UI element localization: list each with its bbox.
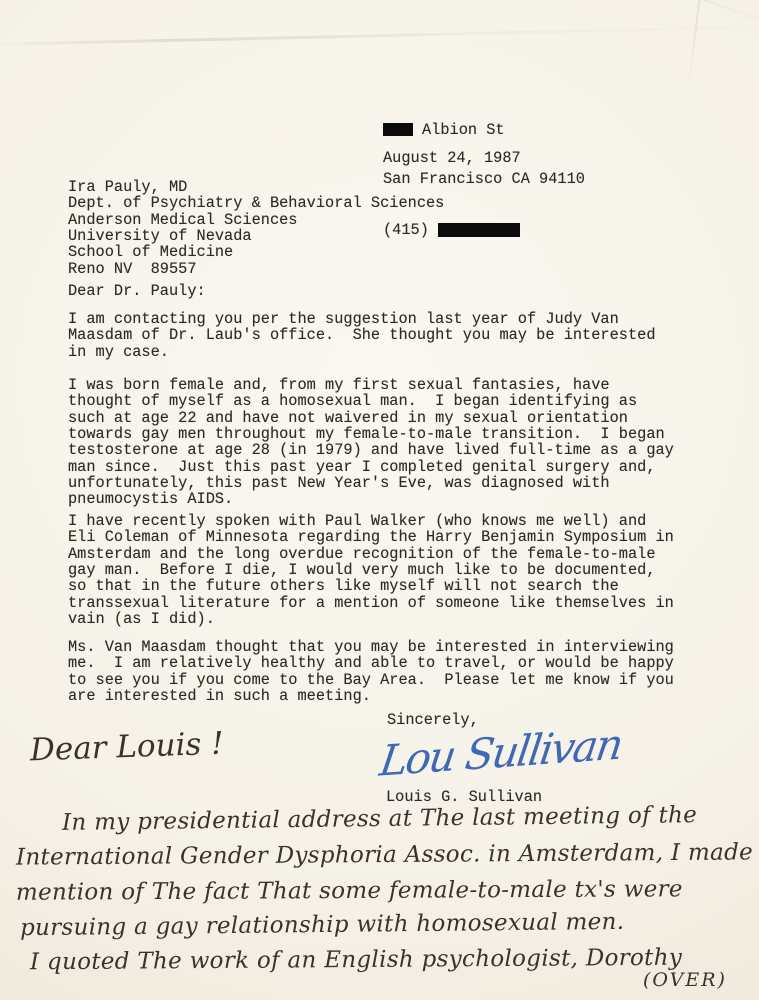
handwritten-note-line: International Gender Dysphoria Assoc. in…: [16, 839, 753, 870]
paper-crease: [623, 0, 759, 36]
typed-signature-name: Louis G. Sullivan: [386, 789, 542, 805]
paper-crease: [0, 25, 759, 47]
handwritten-greeting: Dear Louis !: [29, 726, 224, 769]
handwritten-over-note: (OVER): [643, 969, 727, 991]
redaction-box-phone-number: [438, 223, 520, 237]
valediction: Sincerely,: [387, 712, 479, 728]
handwritten-note-line: pursuing a gay relationship with homosex…: [20, 909, 625, 941]
salutation: Dear Dr. Pauly:: [68, 283, 206, 299]
body-paragraph-3: I have recently spoken with Paul Walker …: [68, 513, 674, 627]
sender-street-line: Albion St: [383, 121, 585, 138]
body-paragraph-4: Ms. Van Maasdam thought that you may be …: [68, 639, 674, 704]
handwritten-note-line: I quoted The work of an English psycholo…: [30, 945, 682, 976]
recipient-address-block: Ira Pauly, MD Dept. of Psychiatry & Beha…: [68, 179, 444, 277]
letter-date: August 24, 1987: [383, 150, 521, 166]
handwritten-note-line: mention of The fact That some female-to-…: [16, 876, 683, 905]
redaction-box-street-number: [383, 123, 413, 136]
letter-page: Albion St San Francisco CA 94110 (415) A…: [0, 0, 759, 1000]
body-paragraph-2: I was born female and, from my first sex…: [68, 377, 674, 508]
paper-crease: [687, 0, 701, 94]
sender-street: Albion St: [422, 121, 505, 139]
handwritten-note-line: In my presidential address at The last m…: [62, 802, 697, 836]
handwritten-signature: Lou Sullivan: [377, 719, 625, 785]
body-paragraph-1: I am contacting you per the suggestion l…: [68, 311, 656, 360]
